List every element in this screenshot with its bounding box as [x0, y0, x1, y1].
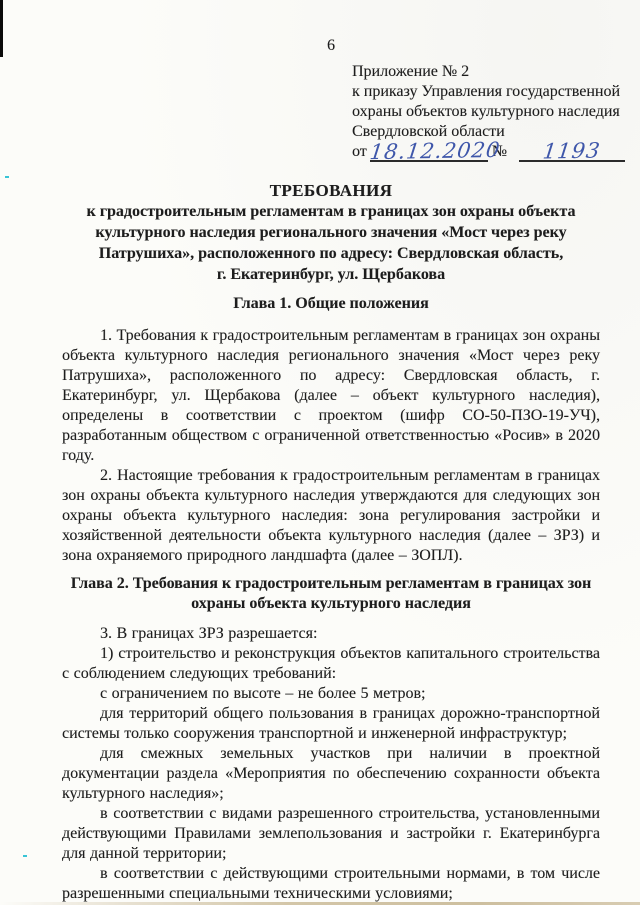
document-title-block: ТРЕБОВАНИЯ к градостроительным регламент… — [62, 180, 600, 285]
clause-3-1-public-territories: для территорий общего пользования в гран… — [62, 704, 600, 744]
document-subtitle-line: г. Екатеринбург, ул. Щербакова — [62, 264, 600, 285]
document-title: ТРЕБОВАНИЯ — [62, 180, 600, 201]
paragraph-1: 1. Требования к градостроительным реглам… — [62, 326, 600, 466]
handwritten-number: 1193 — [542, 141, 602, 162]
clause-3-1-building-norms: в соответствии с действующими строительн… — [62, 864, 600, 904]
chapter-2-heading: Глава 2. Требования к градостроительным … — [62, 574, 600, 614]
chapter-2-heading-line: охраны объекта культурного наследия — [62, 594, 600, 614]
handwritten-date: 18.12.2020 — [368, 140, 501, 162]
chapter-2-heading-line: Глава 2. Требования к градостроительным … — [62, 574, 600, 594]
number-underline-field: 1193 — [519, 142, 625, 162]
paragraph-3: 3. В границах ЗРЗ разрешается: — [62, 624, 600, 644]
clause-3-1: 1) строительство и реконструкция объекто… — [62, 644, 600, 684]
document-subtitle-line: культурного наследия регионального значе… — [62, 222, 600, 243]
date-underline-field: 18.12.2020 — [370, 142, 488, 162]
clause-3-1-permitted-construction: в соответствии с видами разрешенного стр… — [62, 804, 600, 864]
scan-speck — [23, 855, 27, 857]
date-prefix-label: от — [352, 143, 367, 160]
document-page: 6 Приложение № 2 к приказу Управления го… — [0, 0, 640, 905]
clause-3-1-height-limit: с ограничением по высоте – не более 5 ме… — [62, 684, 600, 704]
appendix-header: Приложение № 2 к приказу Управления госу… — [352, 62, 600, 166]
scan-speck — [5, 176, 9, 178]
date-number-line: от18.12.2020№1193 — [352, 142, 600, 166]
chapter-1-heading: Глава 1. Общие положения — [62, 294, 600, 314]
page-number: 6 — [62, 36, 600, 56]
appendix-header-line: охраны объектов культурного наследия — [352, 102, 600, 122]
document-subtitle-line: к градостроительным регламентам в границ… — [62, 201, 600, 222]
clause-3-1-adjacent-plots: для смежных земельных участков при налич… — [62, 744, 600, 804]
document-subtitle-line: Патрушиха», расположенного по адресу: Св… — [62, 243, 600, 264]
scan-edge-artifact — [0, 0, 3, 57]
appendix-header-line: Приложение № 2 — [352, 62, 600, 82]
paragraph-2: 2. Настоящие требования к градостроитель… — [62, 466, 600, 566]
appendix-header-line: к приказу Управления государственной — [352, 82, 600, 102]
